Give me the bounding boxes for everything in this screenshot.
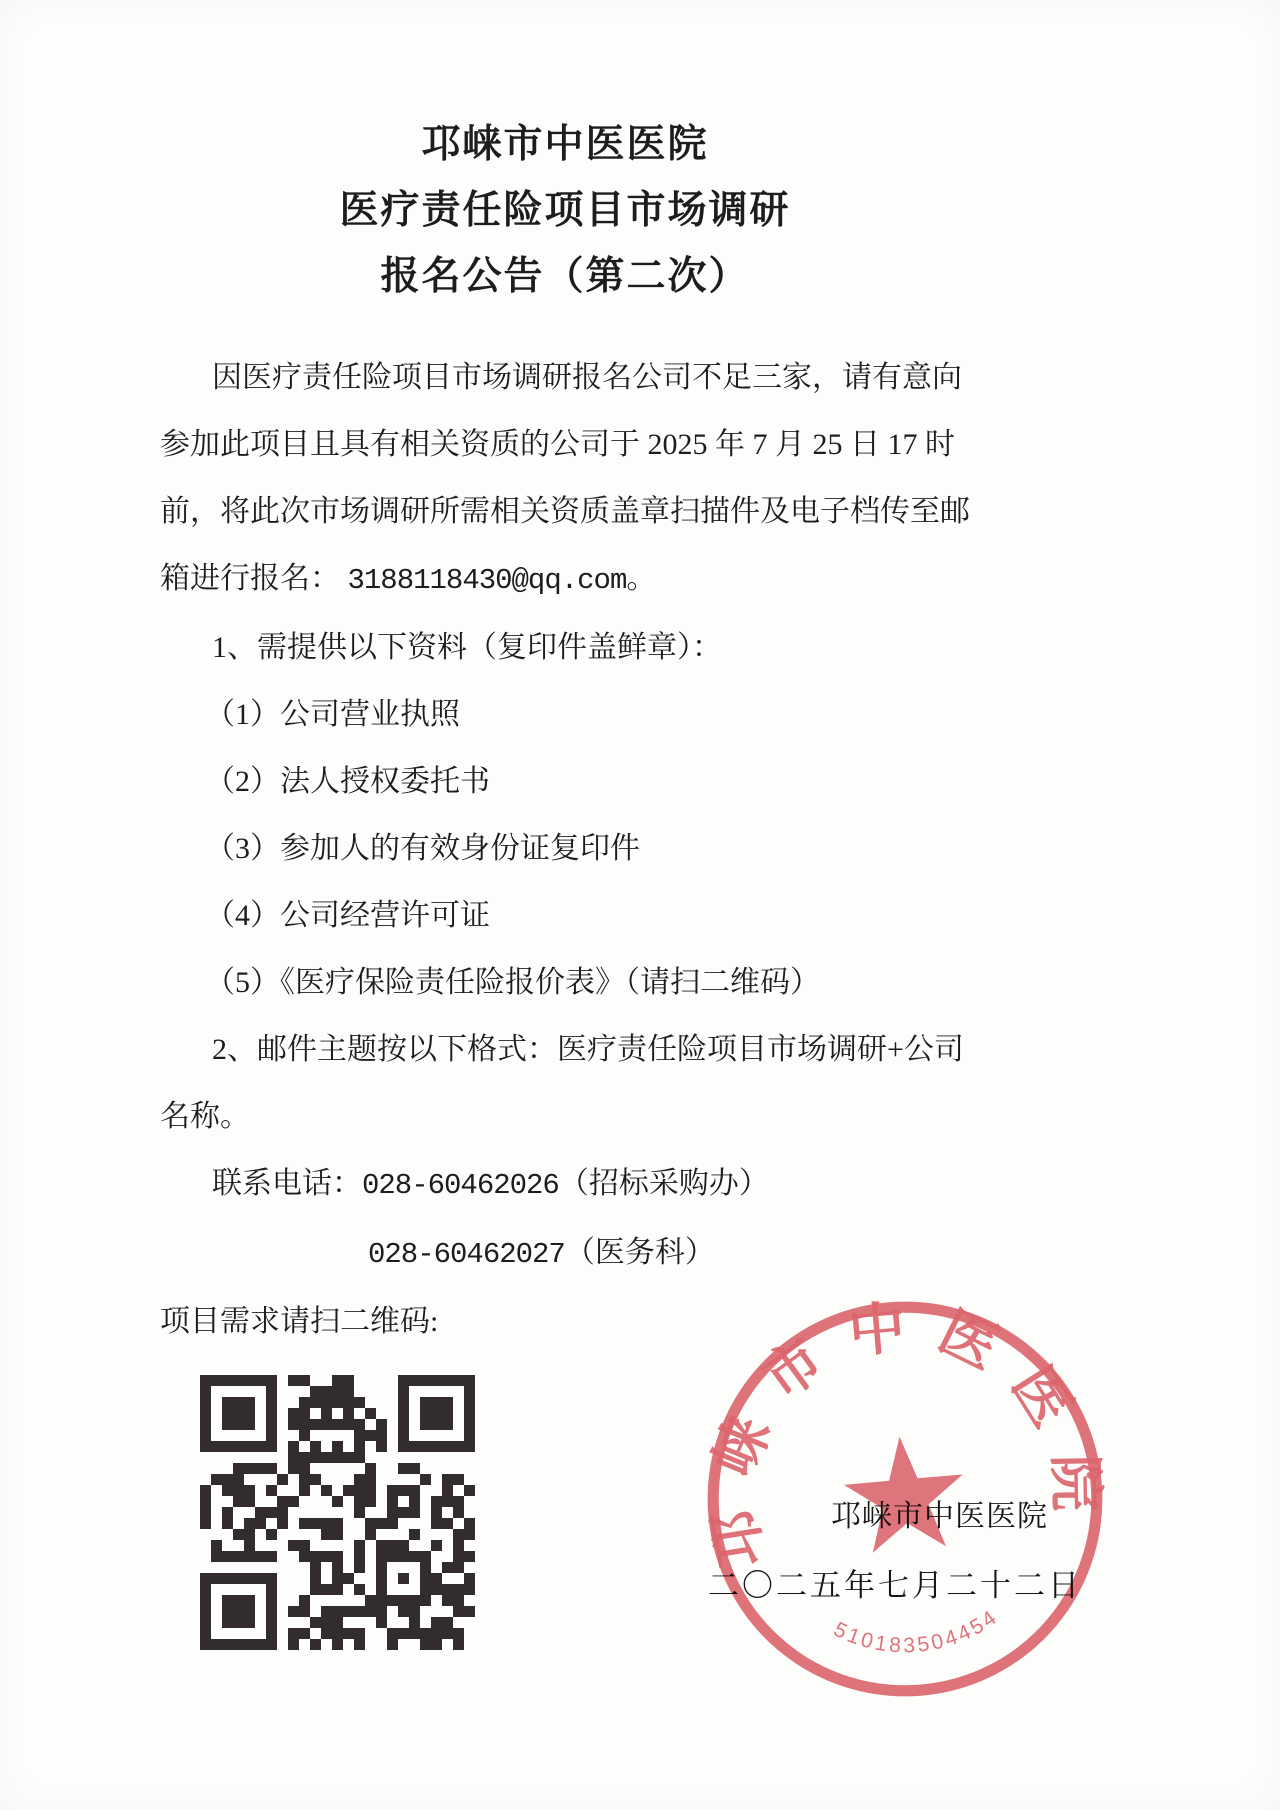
phone-number-2: 028-60462027 <box>368 1238 565 1271</box>
materials-heading: 1、需提供以下资料（复印件盖鲜章）： <box>160 614 970 681</box>
material-item-4: （4）公司经营许可证 <box>160 882 970 949</box>
title-line-3: 报名公告（第二次） <box>160 244 970 310</box>
phone-number-1: 028-60462026 <box>362 1169 559 1202</box>
qr-code <box>200 1375 475 1650</box>
document-body: 因医疗责任险项目市场调研报名公司不足三家，请有意向 参加此项目且具有相关资质的公… <box>160 344 970 1650</box>
contact-phone-line-2: 028-60462027（医务科） <box>160 1219 970 1288</box>
intro-line-3: 前，将此次市场调研所需相关资质盖章扫描件及电子档传至邮 <box>160 478 970 545</box>
document-content: 邛崃市中医医院 医疗责任险项目市场调研 报名公告（第二次） 因医疗责任险项目市场… <box>160 112 970 1650</box>
intro-line-4: 箱进行报名： 3188118430@qq.com。 <box>160 545 970 614</box>
registration-email: 3188118430@qq.com <box>348 564 627 597</box>
signature-date: 二〇二五年七月二十二日 <box>708 1566 1082 1606</box>
qr-caption: 项目需求请扫二维码: <box>160 1288 970 1355</box>
announcement-document: 邛崃市中医医院 医疗责任险项目市场调研 报名公告（第二次） 因医疗责任险项目市场… <box>0 0 1280 1810</box>
material-item-2: （2）法人授权委托书 <box>160 748 970 815</box>
intro-line-1: 因医疗责任险项目市场调研报名公司不足三家，请有意向 <box>160 344 970 411</box>
signature-organization: 邛崃市中医医院 <box>831 1498 1048 1536</box>
title-line-2: 医疗责任险项目市场调研 <box>160 178 970 244</box>
contact-label: 联系电话： <box>212 1167 362 1200</box>
phone-1-department: （招标采购办） <box>559 1167 769 1200</box>
phone-2-department: （医务科） <box>565 1236 715 1269</box>
material-item-5: （5）《医疗保险责任险报价表》（请扫二维码） <box>160 949 970 1016</box>
title-line-1: 邛崃市中医医院 <box>160 112 970 178</box>
email-subject-line-1: 2、邮件主题按以下格式：医疗责任险项目市场调研+公司 <box>160 1016 970 1083</box>
contact-phone-line-1: 联系电话：028-60462026（招标采购办） <box>160 1150 970 1219</box>
intro-line-4-prefix: 箱进行报名： <box>160 562 348 595</box>
intro-line-4-suffix: 。 <box>626 562 656 595</box>
material-item-3: （3）参加人的有效身份证复印件 <box>160 815 970 882</box>
material-item-1: （1）公司营业执照 <box>160 681 970 748</box>
intro-line-2: 参加此项目且具有相关资质的公司于 2025 年 7 月 25 日 17 时 <box>160 411 970 478</box>
email-subject-line-2: 名称。 <box>160 1083 970 1150</box>
